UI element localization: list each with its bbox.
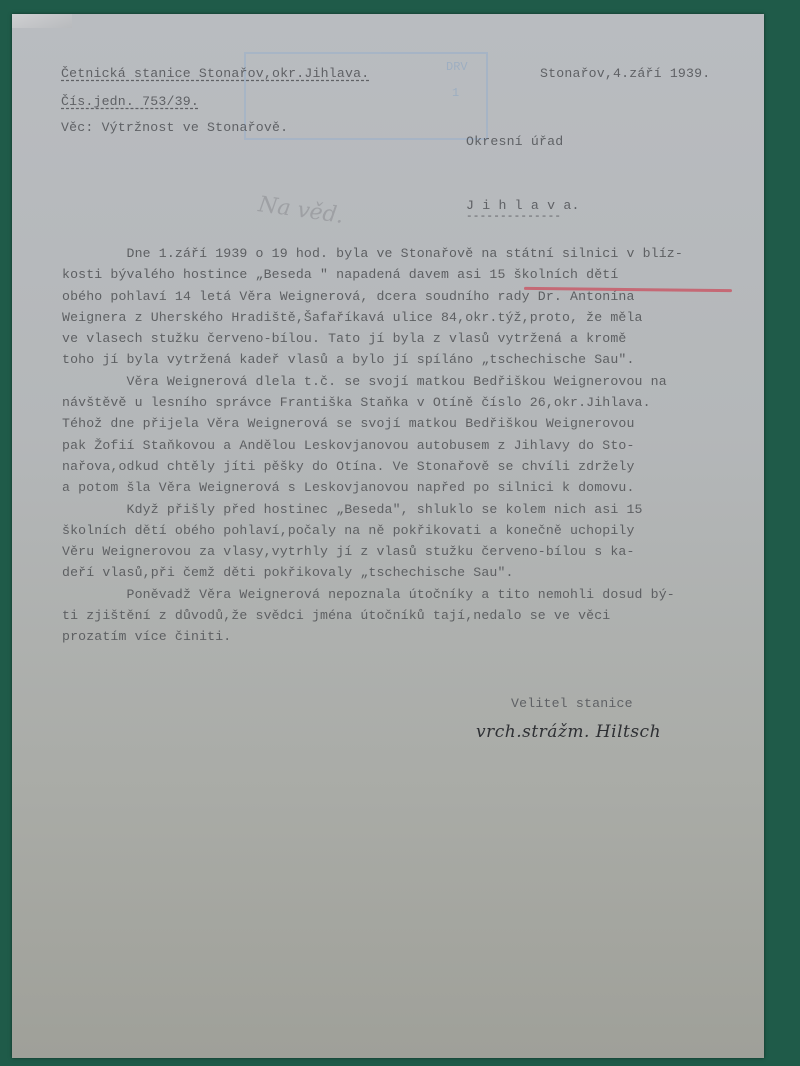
closing-title: Velitel stanice <box>511 696 633 711</box>
recipient-office: Okresní úřad <box>466 134 563 149</box>
body-line: kosti bývalého hostince „Beseda " napade… <box>62 267 772 288</box>
body-line: Weignera z Uherského Hradiště,Šafaříkavá… <box>62 310 772 331</box>
body-line: školních dětí obého pohlaví,počaly na ně… <box>62 523 772 544</box>
body-line: Když přišly před hostinec „Beseda", shlu… <box>62 502 772 523</box>
body-line: prozatím více činiti. <box>62 629 772 650</box>
body-line: ti zjištění z důvodů,že svědci jména úto… <box>62 608 772 629</box>
pencil-annotation: Na věd. <box>257 192 346 229</box>
body-line: toho jí byla vytržená kadeř vlasů a bylo… <box>62 352 772 373</box>
body-line: Věru Weignerovou za vlasy,vytrhly jí z v… <box>62 544 772 565</box>
recipient-city-underline: -------------- <box>466 211 561 223</box>
body-line: a potom šla Věra Weignerová s Leskovjano… <box>62 480 772 501</box>
body-line: nařova,odkud chtěly jíti pěšky do Otína.… <box>62 459 772 480</box>
station-heading: Četnická stanice Stonařov,okr.Jihlava. <box>61 66 369 81</box>
body-line: pak Žofií Staňkovou a Andělou Leskovjano… <box>62 438 772 459</box>
body-line: Poněvadž Věra Weignerová nepoznala útočn… <box>62 587 772 608</box>
stamp-text: DRV <box>446 60 468 74</box>
body-line: návštěvě u lesního správce Františka Sta… <box>62 395 772 416</box>
body-line: Téhož dne přijela Věra Weignerová se svo… <box>62 416 772 437</box>
body-line: obého pohlaví 14 letá Věra Weignerová, d… <box>62 289 772 310</box>
body-line: ve vlasech stužku červeno-bílou. Tato jí… <box>62 331 772 352</box>
handwritten-signature: vrch.strážm. Hiltsch <box>476 722 661 742</box>
stamp-number: 1 <box>452 86 459 100</box>
letter-body: Dne 1.září 1939 o 19 hod. byla ve Stonař… <box>62 246 772 651</box>
subject-line: Věc: Výtržnost ve Stonařově. <box>61 120 288 135</box>
place-date: Stonařov,4.září 1939. <box>540 66 710 81</box>
body-line: Dne 1.září 1939 o 19 hod. byla ve Stonař… <box>62 246 772 267</box>
reference-number: Čís.jedn. 753/39. <box>61 94 199 109</box>
body-line: Věra Weignerová dlela t.č. se svojí matk… <box>62 374 772 395</box>
body-line: deří vlasů,při čemž děti pokřikovaly „ts… <box>62 565 772 586</box>
